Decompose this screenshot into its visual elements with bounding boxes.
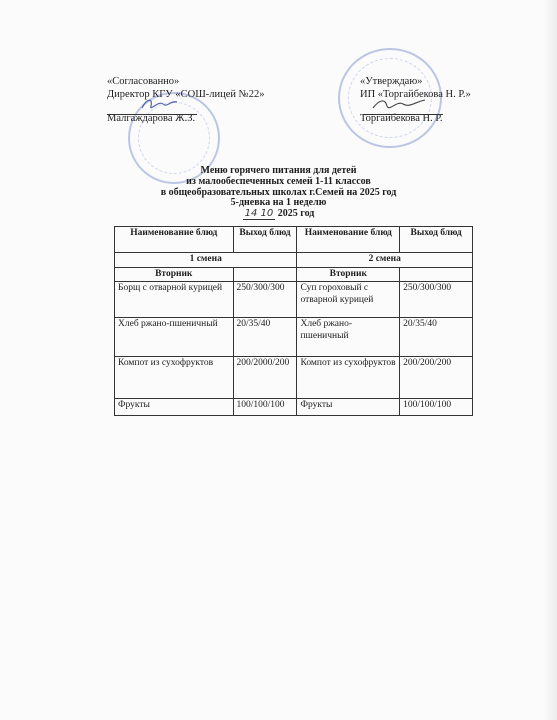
dish-1: Хлеб ржано-пшеничный [115,318,234,357]
yield-1: 100/100/100 [233,399,297,416]
signature-right [363,100,443,115]
yield-2: 250/300/300 [400,282,473,318]
dish-1: Борщ с отварной курицей [115,282,234,318]
dish-1: Фрукты [115,399,234,416]
page-edge-shadow [543,0,557,720]
signature-left [107,100,197,115]
shift-row: 1 смена 2 смена [115,253,473,268]
table-row: Хлеб ржано-пшеничный 20/35/40 Хлеб ржано… [115,318,473,357]
day-2-label: Вторник [297,267,400,282]
yield-1: 200/2000/200 [233,357,297,399]
handwritten-date: 14 10 [243,208,276,220]
table-row: Компот из сухофруктов 200/2000/200 Компо… [115,357,473,399]
header-yield-2: Выход блюд [400,227,473,253]
day-1-empty [233,267,297,282]
table-header-row: Наименование блюд Выход блюд Наименовани… [115,227,473,253]
date-year: 2025 год [278,208,315,219]
dish-2: Компот из сухофруктов [297,357,400,399]
day-2-empty [400,267,473,282]
title-date: 14 10 2025 год [243,209,315,220]
day-row: Вторник Вторник [115,267,473,282]
yield-2: 20/35/40 [400,318,473,357]
dish-1: Компот из сухофруктов [115,357,234,399]
yield-2: 200/200/200 [400,357,473,399]
dish-2: Хлеб ржано-пшеничный [297,318,400,357]
signature-scribble-icon [107,94,197,116]
yield-1: 20/35/40 [233,318,297,357]
yield-1: 250/300/300 [233,282,297,318]
header-yield-1: Выход блюд [233,227,297,253]
signature-scribble-icon [363,94,443,116]
dish-2: Фрукты [297,399,400,416]
table-row: Фрукты 100/100/100 Фрукты 100/100/100 [115,399,473,416]
approval-left-label: «Согласованно» [107,76,264,89]
shift-2-label: 2 смена [297,253,473,268]
approval-right-label: «Утверждаю» [360,76,471,89]
menu-table: Наименование блюд Выход блюд Наименовани… [114,226,473,416]
table-row: Борщ с отварной курицей 250/300/300 Суп … [115,282,473,318]
day-1-label: Вторник [115,267,234,282]
header-dish-2: Наименование блюд [297,227,400,253]
yield-2: 100/100/100 [400,399,473,416]
title-line-2: из малообеспеченных семей 1-11 классов [0,177,557,188]
dish-2: Суп гороховый с отварной курицей [297,282,400,318]
shift-1-label: 1 смена [115,253,297,268]
header-dish-1: Наименование блюд [115,227,234,253]
document-title: Меню горячего питания для детей из малоо… [0,166,557,220]
